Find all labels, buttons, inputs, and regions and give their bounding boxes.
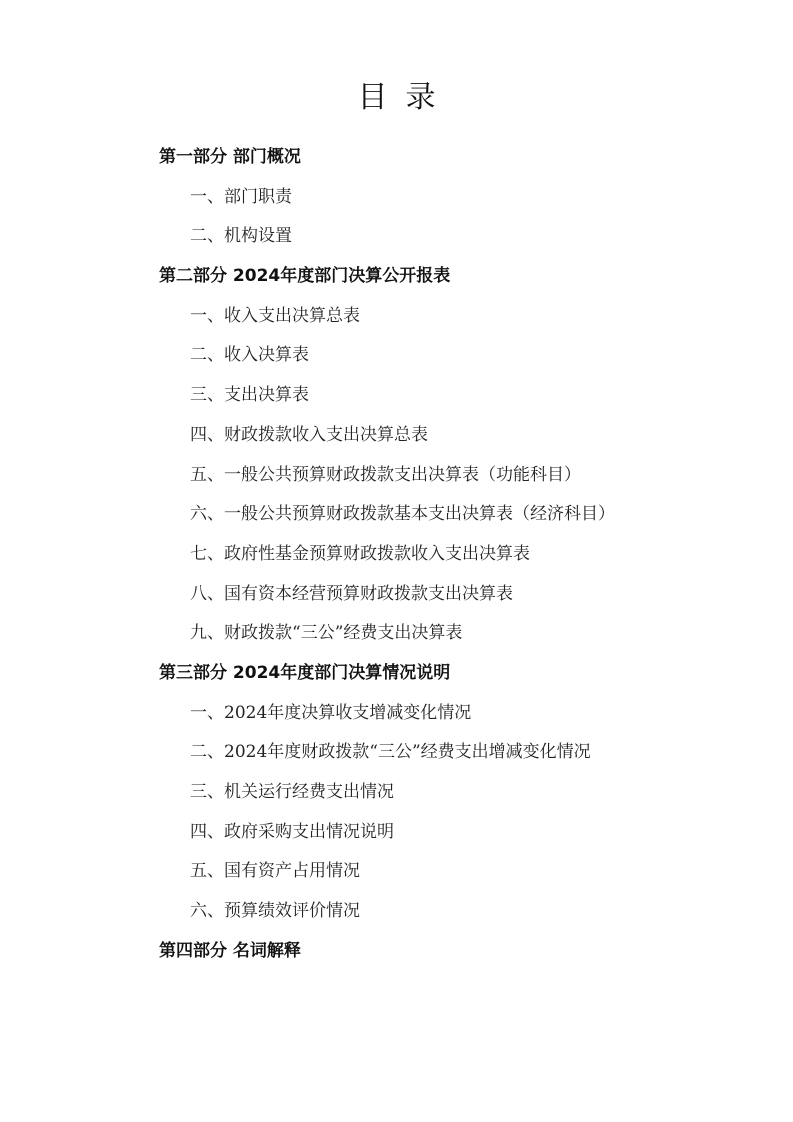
toc-item[interactable]: 一、2024年度决算收支增减变化情况 <box>159 698 719 738</box>
toc-item[interactable]: 一、收入支出决算总表 <box>159 301 719 341</box>
toc-item[interactable]: 二、收入决算表 <box>159 340 719 380</box>
toc-item[interactable]: 二、2024年度财政拨款“三公”经费支出增减变化情况 <box>159 737 719 777</box>
toc-part-2-heading[interactable]: 第二部分 2024年度部门决算公开报表 <box>159 261 719 301</box>
toc-item[interactable]: 九、财政拨款“三公”经费支出决算表 <box>159 618 719 658</box>
toc-item[interactable]: 三、支出决算表 <box>159 380 719 420</box>
toc-part-1-heading[interactable]: 第一部分 部门概况 <box>159 142 719 182</box>
toc-item[interactable]: 八、国有资本经营预算财政拨款支出决算表 <box>159 579 719 619</box>
table-of-contents: 第一部分 部门概况 一、部门职责 二、机构设置 第二部分 2024年度部门决算公… <box>159 142 719 975</box>
toc-item[interactable]: 三、机关运行经费支出情况 <box>159 777 719 817</box>
toc-item[interactable]: 四、财政拨款收入支出决算总表 <box>159 420 719 460</box>
toc-item[interactable]: 七、政府性基金预算财政拨款收入支出决算表 <box>159 539 719 579</box>
toc-item[interactable]: 二、机构设置 <box>159 221 719 261</box>
page-title: 目录 <box>0 78 793 118</box>
toc-part-4-heading[interactable]: 第四部分 名词解释 <box>159 936 719 976</box>
toc-item[interactable]: 六、预算绩效评价情况 <box>159 896 719 936</box>
toc-item[interactable]: 四、政府采购支出情况说明 <box>159 817 719 857</box>
toc-item[interactable]: 一、部门职责 <box>159 182 719 222</box>
toc-item[interactable]: 五、一般公共预算财政拨款支出决算表（功能科目） <box>159 460 719 500</box>
toc-item[interactable]: 五、国有资产占用情况 <box>159 856 719 896</box>
toc-part-3-heading[interactable]: 第三部分 2024年度部门决算情况说明 <box>159 658 719 698</box>
toc-item[interactable]: 六、一般公共预算财政拨款基本支出决算表（经济科目） <box>159 499 719 539</box>
